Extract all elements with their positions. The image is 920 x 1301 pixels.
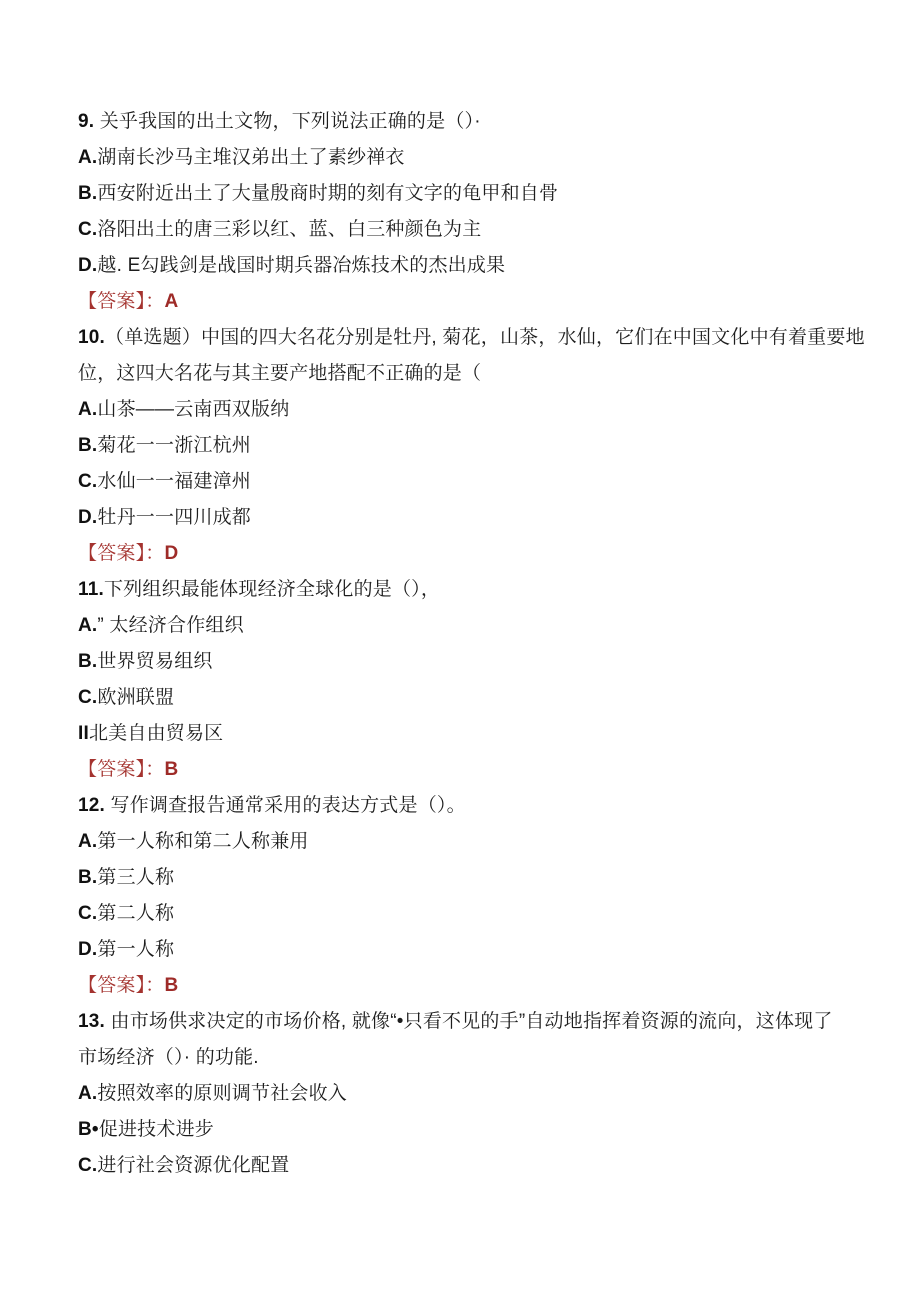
option-line: D.越. E勾践剑是战国时期兵器冶炼技术的杰出成果 <box>78 248 850 284</box>
option-line: A.按照效率的原则调节社会收入 <box>78 1076 850 1112</box>
option-line: D.第一人称 <box>78 932 850 968</box>
option-label: A. <box>78 147 97 168</box>
option-text: 菊花一一浙江杭州 <box>97 435 251 456</box>
option-text: 第一人称和第二人称兼用 <box>97 831 308 852</box>
question-block: 13. 由市场供求决定的市场价格, 就像“•只看不见的手”自动地指挥着资源的流向… <box>78 1004 850 1184</box>
stem-text: 写作调查报告通常采用的表达方式是（）。 <box>105 795 466 816</box>
option-list: A.第一人称和第二人称兼用B.第三人称C.第二人称D.第一人称【答案】：B <box>78 824 850 1004</box>
option-text: 牡丹一一四川成都 <box>97 507 251 528</box>
question-number: 9. <box>78 111 94 132</box>
question-number: 10. <box>78 327 105 348</box>
option-label: A. <box>78 399 97 420</box>
stem-text: 关乎我国的出土文物，下列说法正确的是（）· <box>94 111 481 132</box>
option-line: A.湖南长沙马主堆汉弟出土了素纱禅衣 <box>78 140 850 176</box>
question-number: 11. <box>78 579 104 600</box>
question-number: 12. <box>78 795 105 816</box>
option-label: A. <box>78 1083 97 1104</box>
question-block: 12. 写作调查报告通常采用的表达方式是（）。 A.第一人称和第二人称兼用B.第… <box>78 788 850 1004</box>
option-text: 欧洲联盟 <box>97 687 174 708</box>
stem-text: 下列组织最能体现经济全球化的是（）， <box>104 579 440 600</box>
option-label: C. <box>78 471 97 492</box>
option-line: A.第一人称和第二人称兼用 <box>78 824 850 860</box>
option-text: 湖南长沙马主堆汉弟出土了素纱禅衣 <box>97 147 404 168</box>
option-line: C.水仙一一福建漳州 <box>78 464 850 500</box>
question-block: 10.（单选题）中国的四大名花分别是牡丹, 菊花，山茶，水仙，它们在中国文化中有… <box>78 320 850 572</box>
answer-label: 【答案】： <box>78 291 165 312</box>
option-line: A.” 太经济合作组织 <box>78 608 850 644</box>
option-label: D. <box>78 255 97 276</box>
option-line: A.山茶——云南西双版纳 <box>78 392 850 428</box>
question-block: 11.下列组织最能体现经济全球化的是（）， A.” 太经济合作组织B.世界贸易组… <box>78 572 850 788</box>
answer-line: 【答案】：A <box>78 284 850 320</box>
option-text: ” 太经济合作组织 <box>97 615 243 636</box>
option-text: 世界贸易组织 <box>97 651 212 672</box>
option-text: 进行社会资源优化配置 <box>97 1155 289 1176</box>
option-text: 西安附近出土了大量殷商时期的刻有文字的龟甲和自骨 <box>97 183 558 204</box>
exam-page: 9. 关乎我国的出土文物，下列说法正确的是（）· A.湖南长沙马主堆汉弟出土了素… <box>0 0 920 1301</box>
question-stem: 9. 关乎我国的出土文物，下列说法正确的是（）· <box>78 104 850 140</box>
answer-value: B <box>165 975 179 996</box>
stem-line: 11.下列组织最能体现经济全球化的是（）， <box>78 572 850 608</box>
option-list: A.山茶——云南西双版纳B.菊花一一浙江杭州C.水仙一一福建漳州D.牡丹一一四川… <box>78 392 850 572</box>
option-text: 促进技术进步 <box>99 1119 214 1140</box>
option-label: C. <box>78 1155 97 1176</box>
option-line: C.欧洲联盟 <box>78 680 850 716</box>
stem-text: （单选题）中国的四大名花分别是牡丹, 菊花，山茶，水仙，它们在中国文化中有着重要… <box>105 327 865 348</box>
question-stem: 12. 写作调查报告通常采用的表达方式是（）。 <box>78 788 850 824</box>
stem-text: 市场经济（）· 的功能. <box>78 1047 259 1068</box>
stem-text: 由市场供求决定的市场价格, 就像“•只看不见的手”自动地指挥着资源的流向，这体现… <box>105 1011 833 1032</box>
answer-line: 【答案】：B <box>78 968 850 1004</box>
option-line: C.洛阳出土的唐三彩以红、蓝、白三种颜色为主 <box>78 212 850 248</box>
option-line: C.进行社会资源优化配置 <box>78 1148 850 1184</box>
option-label: D. <box>78 939 97 960</box>
option-label: B. <box>78 651 97 672</box>
answer-value: B <box>165 759 179 780</box>
answer-value: D <box>165 543 179 564</box>
option-label: II <box>78 723 89 744</box>
option-line: D.牡丹一一四川成都 <box>78 500 850 536</box>
option-label: C. <box>78 903 97 924</box>
option-list: A.湖南长沙马主堆汉弟出土了素纱禅衣B.西安附近出土了大量殷商时期的刻有文字的龟… <box>78 140 850 320</box>
question-block: 9. 关乎我国的出土文物，下列说法正确的是（）· A.湖南长沙马主堆汉弟出土了素… <box>78 104 850 320</box>
option-text: 洛阳出土的唐三彩以红、蓝、白三种颜色为主 <box>97 219 481 240</box>
stem-line: 13. 由市场供求决定的市场价格, 就像“•只看不见的手”自动地指挥着资源的流向… <box>78 1004 850 1040</box>
stem-line: 9. 关乎我国的出土文物，下列说法正确的是（）· <box>78 104 850 140</box>
option-label: B. <box>78 435 97 456</box>
option-list: A.” 太经济合作组织B.世界贸易组织C.欧洲联盟II北美自由贸易区【答案】：B <box>78 608 850 788</box>
stem-text: 位，这四大名花与其主要产地搭配不正确的是（ <box>78 363 481 384</box>
option-text: 北美自由贸易区 <box>89 723 223 744</box>
question-number: 13. <box>78 1011 105 1032</box>
document-body: { "page": { "background": "#ffffff", "te… <box>0 0 920 1301</box>
option-line: B.西安附近出土了大量殷商时期的刻有文字的龟甲和自骨 <box>78 176 850 212</box>
answer-line: 【答案】：B <box>78 752 850 788</box>
option-line: B.第三人称 <box>78 860 850 896</box>
answer-label: 【答案】： <box>78 975 165 996</box>
option-text: 第一人称 <box>97 939 174 960</box>
option-list: A.按照效率的原则调节社会收入B•促进技术进步C.进行社会资源优化配置 <box>78 1076 850 1184</box>
stem-line: 10.（单选题）中国的四大名花分别是牡丹, 菊花，山茶，水仙，它们在中国文化中有… <box>78 320 850 356</box>
option-label: C. <box>78 687 97 708</box>
stem-line: 12. 写作调查报告通常采用的表达方式是（）。 <box>78 788 850 824</box>
option-text: 按照效率的原则调节社会收入 <box>97 1083 347 1104</box>
option-label: D. <box>78 507 97 528</box>
option-label: A. <box>78 831 97 852</box>
option-line: C.第二人称 <box>78 896 850 932</box>
option-label: A. <box>78 615 97 636</box>
answer-line: 【答案】：D <box>78 536 850 572</box>
option-line: B.菊花一一浙江杭州 <box>78 428 850 464</box>
answer-value: A <box>165 291 179 312</box>
stem-line: 位，这四大名花与其主要产地搭配不正确的是（ <box>78 356 850 392</box>
option-label: B. <box>78 867 97 888</box>
question-stem: 11.下列组织最能体现经济全球化的是（）， <box>78 572 850 608</box>
option-line: B•促进技术进步 <box>78 1112 850 1148</box>
option-line: B.世界贸易组织 <box>78 644 850 680</box>
option-label: C. <box>78 219 97 240</box>
option-text: 第三人称 <box>97 867 174 888</box>
question-stem: 13. 由市场供求决定的市场价格, 就像“•只看不见的手”自动地指挥着资源的流向… <box>78 1004 850 1076</box>
answer-label: 【答案】： <box>78 759 165 780</box>
answer-label: 【答案】： <box>78 543 165 564</box>
option-label: B• <box>78 1119 99 1140</box>
question-list: 9. 关乎我国的出土文物，下列说法正确的是（）· A.湖南长沙马主堆汉弟出土了素… <box>78 104 850 1184</box>
option-line: II北美自由贸易区 <box>78 716 850 752</box>
question-stem: 10.（单选题）中国的四大名花分别是牡丹, 菊花，山茶，水仙，它们在中国文化中有… <box>78 320 850 392</box>
option-text: 水仙一一福建漳州 <box>97 471 251 492</box>
stem-line: 市场经济（）· 的功能. <box>78 1040 850 1076</box>
option-text: 越. E勾践剑是战国时期兵器冶炼技术的杰出成果 <box>97 255 505 276</box>
option-text: 第二人称 <box>97 903 174 924</box>
option-label: B. <box>78 183 97 204</box>
option-text: 山茶——云南西双版纳 <box>97 399 289 420</box>
